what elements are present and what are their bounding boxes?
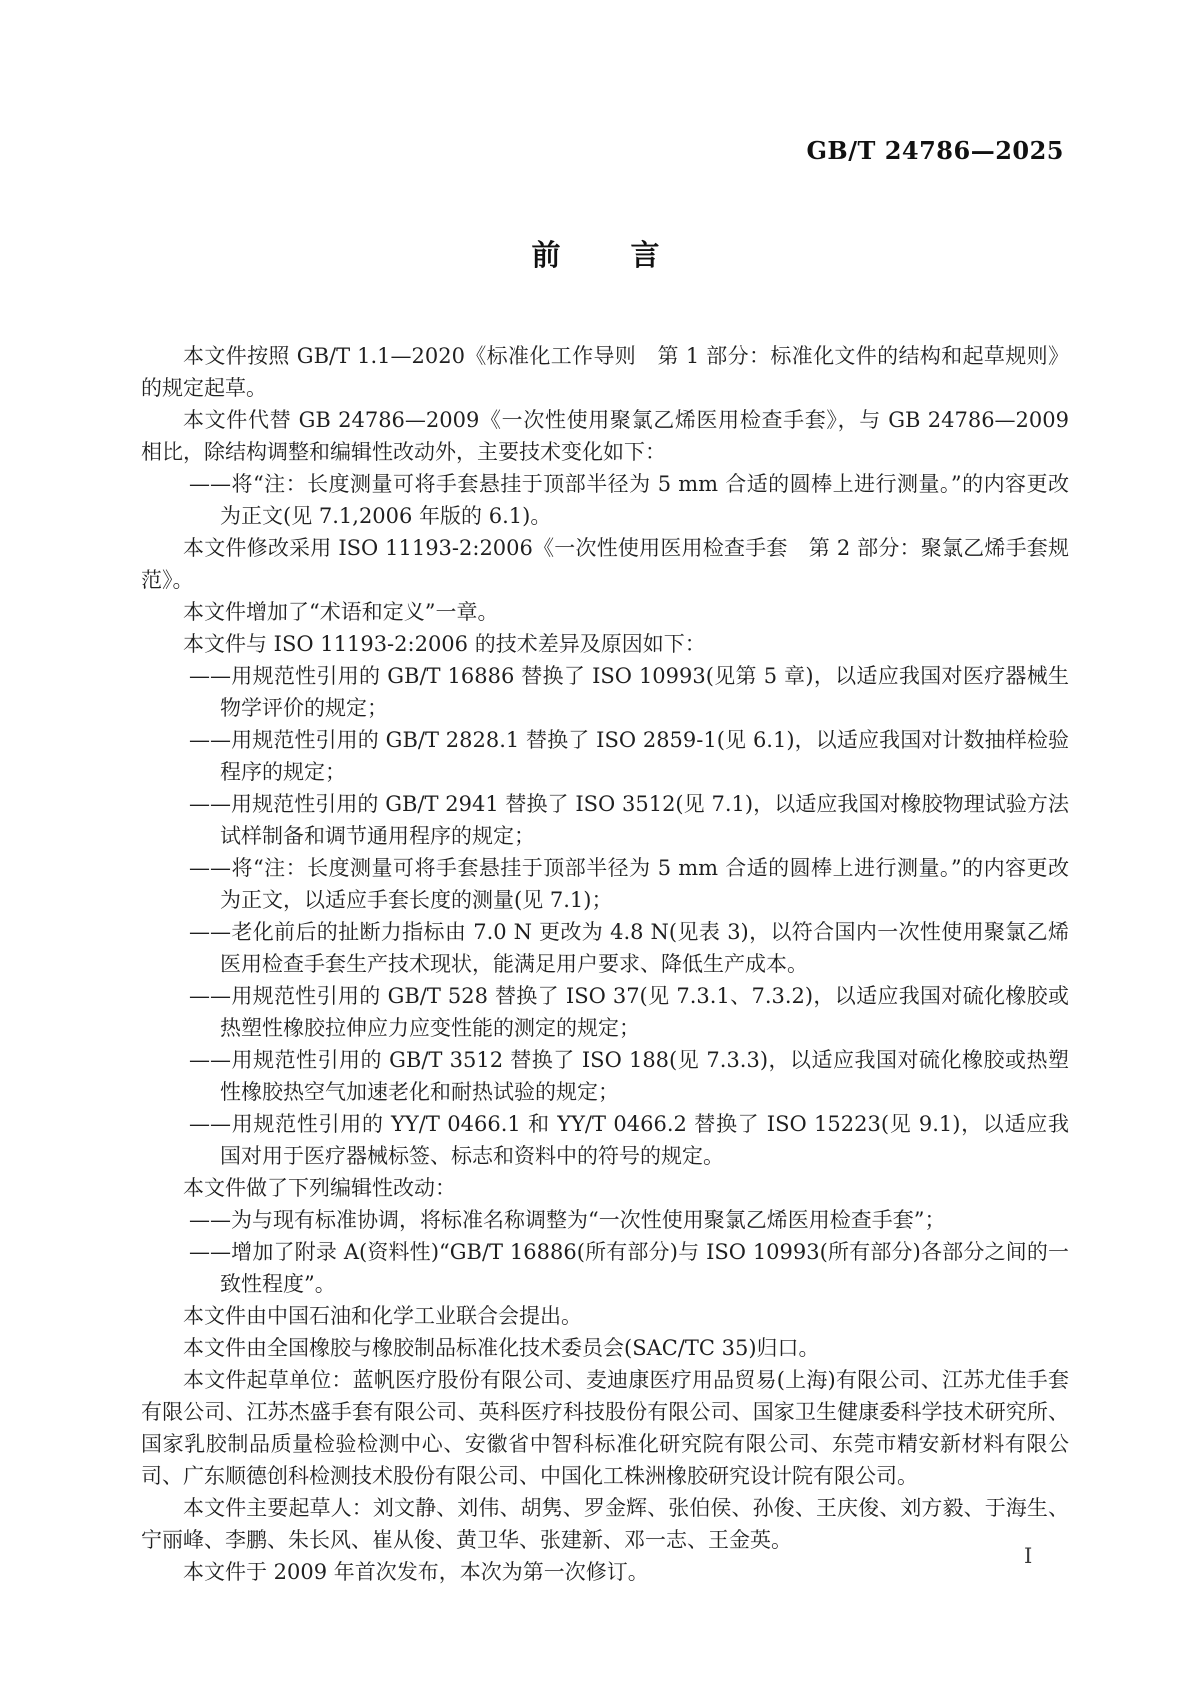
foreword-paragraph: 本文件由中国石油和化学工业联合会提出。 bbox=[141, 1300, 1069, 1332]
foreword-paragraph: ——用规范性引用的 GB/T 3512 替换了 ISO 188(见 7.3.3)… bbox=[141, 1044, 1069, 1108]
foreword-paragraph: ——用规范性引用的 YY/T 0466.1 和 YY/T 0466.2 替换了 … bbox=[141, 1108, 1069, 1172]
foreword-paragraph: ——用规范性引用的 GB/T 16886 替换了 ISO 10993(见第 5 … bbox=[141, 660, 1069, 724]
foreword-paragraph: 本文件与 ISO 11193-2:2006 的技术差异及原因如下： bbox=[141, 628, 1069, 660]
foreword-paragraph: 本文件由全国橡胶与橡胶制品标准化技术委员会(SAC/TC 35)归口。 bbox=[141, 1332, 1069, 1364]
foreword-paragraph: 本文件按照 GB/T 1.1—2020《标准化工作导则 第 1 部分：标准化文件… bbox=[141, 340, 1069, 404]
foreword-paragraph: 本文件修改采用 ISO 11193-2:2006《一次性使用医用检查手套 第 2… bbox=[141, 532, 1069, 596]
foreword-paragraph: ——用规范性引用的 GB/T 2941 替换了 ISO 3512(见 7.1)，… bbox=[141, 788, 1069, 852]
foreword-paragraph: ——将“注：长度测量可将手套悬挂于顶部半径为 5 mm 合适的圆棒上进行测量。”… bbox=[141, 468, 1069, 532]
foreword-paragraph: 本文件于 2009 年首次发布，本次为第一次修订。 bbox=[141, 1556, 1069, 1588]
document-page: GB/T 24786—2025 前 言 本文件按照 GB/T 1.1—2020《… bbox=[0, 0, 1191, 1685]
foreword-paragraph: 本文件代替 GB 24786—2009《一次性使用聚氯乙烯医用检查手套》，与 G… bbox=[141, 404, 1069, 468]
foreword-paragraph: ——用规范性引用的 GB/T 528 替换了 ISO 37(见 7.3.1、7.… bbox=[141, 980, 1069, 1044]
foreword-paragraph: ——将“注：长度测量可将手套悬挂于顶部半径为 5 mm 合适的圆棒上进行测量。”… bbox=[141, 852, 1069, 916]
foreword-paragraph: 本文件做了下列编辑性改动： bbox=[141, 1172, 1069, 1204]
foreword-paragraph: ——增加了附录 A(资料性)“GB/T 16886(所有部分)与 ISO 109… bbox=[141, 1236, 1069, 1300]
foreword-paragraph: 本文件主要起草人：刘文静、刘伟、胡隽、罗金辉、张伯侯、孙俊、王庆俊、刘方毅、于海… bbox=[141, 1492, 1069, 1556]
foreword-paragraph: 本文件增加了“术语和定义”一章。 bbox=[141, 596, 1069, 628]
foreword-content: 本文件按照 GB/T 1.1—2020《标准化工作导则 第 1 部分：标准化文件… bbox=[141, 340, 1069, 1588]
standard-number: GB/T 24786—2025 bbox=[806, 136, 1064, 165]
page-number: Ⅰ bbox=[1024, 1544, 1032, 1568]
foreword-paragraph: ——为与现有标准协调，将标准名称调整为“一次性使用聚氯乙烯医用检查手套”； bbox=[141, 1204, 1069, 1236]
page-title-char-1: 前 bbox=[531, 238, 560, 273]
page-title: 前 言 bbox=[0, 238, 1191, 273]
page-title-char-2: 言 bbox=[631, 238, 660, 273]
foreword-paragraph: 本文件起草单位：蓝帆医疗股份有限公司、麦迪康医疗用品贸易(上海)有限公司、江苏尤… bbox=[141, 1364, 1069, 1492]
foreword-paragraph: ——老化前后的扯断力指标由 7.0 N 更改为 4.8 N(见表 3)，以符合国… bbox=[141, 916, 1069, 980]
foreword-paragraph: ——用规范性引用的 GB/T 2828.1 替换了 ISO 2859-1(见 6… bbox=[141, 724, 1069, 788]
